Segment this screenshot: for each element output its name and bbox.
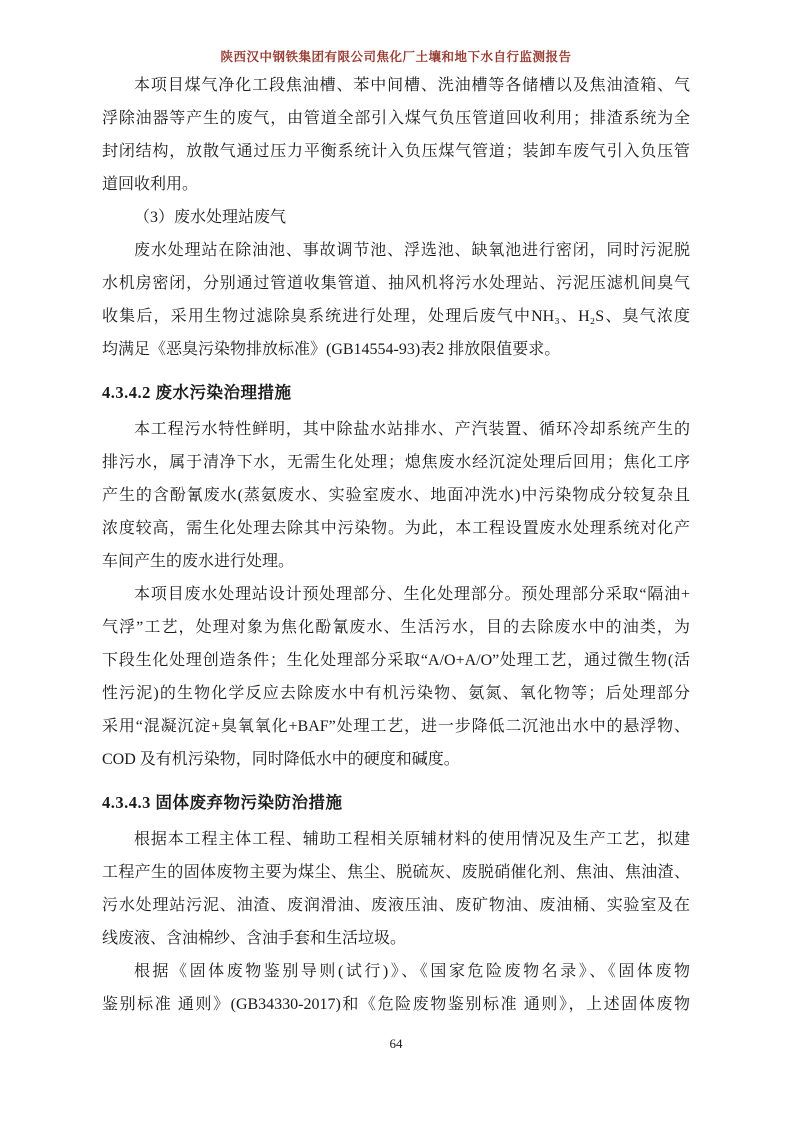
page-number: 64: [0, 1036, 792, 1052]
text-line: 工程产生的固体废物主要为煤尘、焦尘、脱硫灰、废脱硝催化剂、焦油、焦油渣、: [102, 856, 690, 889]
text-line: 本工程污水特性鲜明，其中除盐水站排水、产汽装置、循环冷却系统产生的: [102, 413, 690, 446]
text-line: 气浮”工艺，处理对象为焦化酚氰废水、生活污水，目的去除废水中的油类，为: [102, 611, 690, 644]
paragraph: 本项目煤气净化工段焦油槽、苯中间槽、洗油槽等各储槽以及焦油渣箱、气浮除油器等产生…: [102, 69, 690, 201]
text-line: 根据《固体废物鉴别导则(试行)》、《国家危险废物名录》、《固体废物: [102, 955, 690, 988]
text-line: 车间产生的废水进行处理。: [102, 545, 690, 578]
text-line: 污水处理站污泥、油渣、废润滑油、废液压油、废矿物油、废油桶、实验室及在: [102, 889, 690, 922]
page-header-title: 陕西汉中钢铁集团有限公司焦化厂土壤和地下水自行监测报告: [0, 47, 792, 65]
text-line: 封闭结构，放散气通过压力平衡系统计入负压煤气管道；装卸车废气引入负压管: [102, 135, 690, 168]
text-line: 浓度较高，需生化处理去除其中污染物。为此，本工程设置废水处理系统对化产: [102, 512, 690, 545]
text-line: 废水处理站在除油池、事故调节池、浮选池、缺氧池进行密闭，同时污泥脱: [102, 234, 690, 267]
paragraph: 本项目废水处理站设计预处理部分、生化处理部分。预处理部分采取“隔油+气浮”工艺，…: [102, 578, 690, 776]
text-line: COD 及有机污染物，同时降低水中的硬度和碱度。: [102, 743, 690, 776]
text-line: 线废液、含油棉纱、含油手套和生活垃圾。: [102, 922, 690, 955]
section-heading: 4.3.4.3 固体废弃物污染防治措施: [102, 786, 690, 819]
text-line: 本项目煤气净化工段焦油槽、苯中间槽、洗油槽等各储槽以及焦油渣箱、气: [102, 69, 690, 102]
text-line: 下段生化处理创造条件；生化处理部分采取“A/O+A/O”处理工艺，通过微生物(活: [102, 644, 690, 677]
text-line: 水机房密闭，分别通过管道收集管道、抽风机将污水处理站、污泥压滤机间臭气: [102, 267, 690, 300]
paragraph: （3）废水处理站废气: [102, 201, 690, 234]
text-line: 根据本工程主体工程、辅助工程相关原辅材料的使用情况及生产工艺，拟建: [102, 823, 690, 856]
paragraph: 本工程污水特性鲜明，其中除盐水站排水、产汽装置、循环冷却系统产生的排污水，属于清…: [102, 413, 690, 578]
text-line: 收集后，采用生物过滤除臭系统进行处理，处理后废气中NH₃、H₂S、臭气浓度: [102, 300, 690, 333]
paragraph: 根据本工程主体工程、辅助工程相关原辅材料的使用情况及生产工艺，拟建工程产生的固体…: [102, 823, 690, 955]
text-line: 排污水，属于清净下水，无需生化处理；熄焦废水经沉淀处理后回用；焦化工序: [102, 446, 690, 479]
text-line: 均满足《恶臭污染物排放标准》(GB14554-93)表2 排放限值要求。: [102, 333, 690, 366]
paragraph: 废水处理站在除油池、事故调节池、浮选池、缺氧池进行密闭，同时污泥脱水机房密闭，分…: [102, 234, 690, 366]
text-line: 浮除油器等产生的废气，由管道全部引入煤气负压管道回收利用；排渣系统为全: [102, 102, 690, 135]
text-line: 道回收利用。: [102, 168, 690, 201]
text-line: 采用“混凝沉淀+臭氧氧化+BAF”处理工艺，进一步降低二沉池出水中的悬浮物、: [102, 710, 690, 743]
document-body: 本项目煤气净化工段焦油槽、苯中间槽、洗油槽等各储槽以及焦油渣箱、气浮除油器等产生…: [102, 69, 690, 1021]
text-line: （3）废水处理站废气: [102, 201, 690, 234]
paragraph: 根据《固体废物鉴别导则(试行)》、《国家危险废物名录》、《固体废物鉴别标准 通则…: [102, 955, 690, 1021]
text-line: 鉴别标准 通则》(GB34330-2017)和《危险废物鉴别标准 通则》，上述固…: [102, 988, 690, 1021]
text-line: 性污泥)的生物化学反应去除废水中有机污染物、氨氮、氧化物等；后处理部分: [102, 677, 690, 710]
text-line: 本项目废水处理站设计预处理部分、生化处理部分。预处理部分采取“隔油+: [102, 578, 690, 611]
document-page: 陕西汉中钢铁集团有限公司焦化厂土壤和地下水自行监测报告 本项目煤气净化工段焦油槽…: [0, 0, 792, 1121]
section-heading: 4.3.4.2 废水污染治理措施: [102, 376, 690, 409]
text-line: 产生的含酚氰废水(蒸氨废水、实验室废水、地面冲洗水)中污染物成分较复杂且: [102, 479, 690, 512]
